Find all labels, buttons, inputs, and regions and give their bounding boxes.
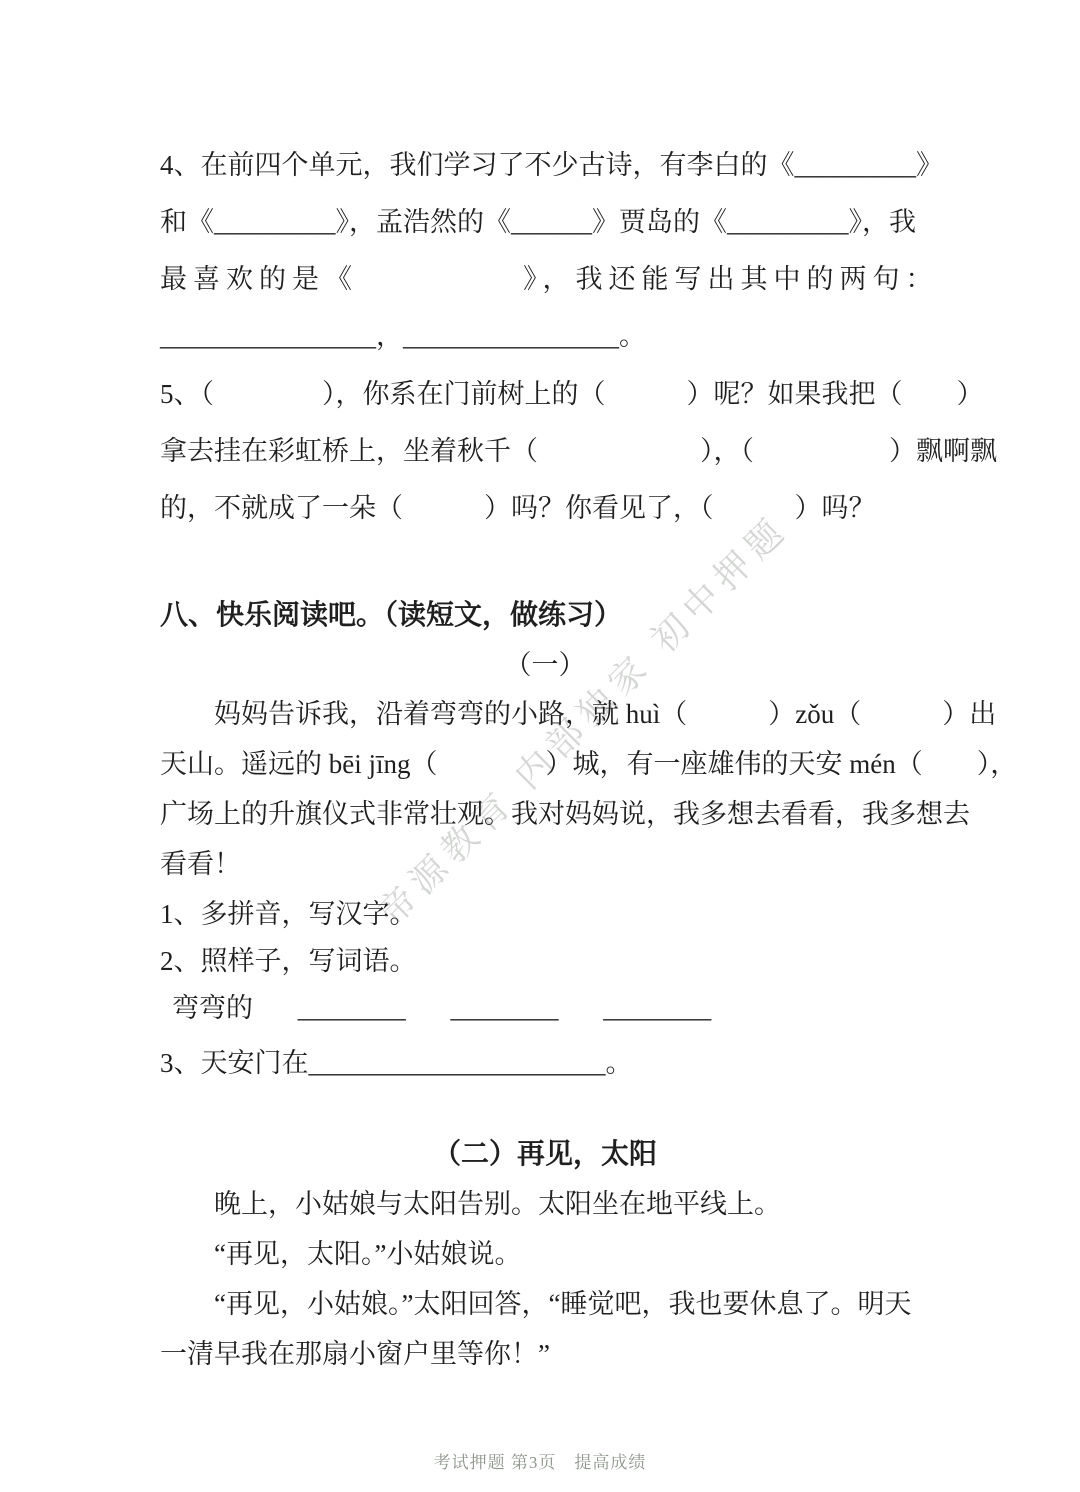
question-5-line-3: 的，不就成了一朵（ ）吗？你看见了，（ ）吗？ xyxy=(160,491,930,525)
question-5-line-1: 5、（ ），你系在门前树上的（ ）呢？如果我把（ ） xyxy=(160,377,930,411)
section-8-heading: 八、快乐阅读吧。（读短文，做练习） xyxy=(160,598,930,634)
passage-2-heading: （二）再见，太阳 xyxy=(160,1137,930,1173)
passage-2-line-2: “再见，太阳。”小姑娘说。 xyxy=(160,1237,930,1271)
question-4: 4、在前四个单元，我们学习了不少古诗，有李白的《_________》 和《___… xyxy=(160,148,930,353)
question-4-answer-blanks: ________________，________________。 xyxy=(160,319,930,353)
example-word: 弯弯的 xyxy=(172,993,253,1023)
question-5-line-2: 拿去挂在彩虹桥上，坐着秋千（ ），（ ）飘啊飘 xyxy=(160,434,930,468)
question-4-line-2: 和《_________》，孟浩然的《______》贾岛的《_________》，… xyxy=(160,205,930,239)
passage-1: （一） 妈妈告诉我，沿着弯弯的小路，就 huì（ ）zǒu（ ）出 天山。遥远的… xyxy=(160,647,930,1080)
passage-1-example-row: 弯弯的 ________ ________ ________ xyxy=(172,991,930,1025)
passage-2-line-1: 晚上，小姑娘与太阳告别。太阳坐在地平线上。 xyxy=(160,1187,930,1221)
passage-1-heading: （一） xyxy=(160,647,930,683)
passage-1-question-1: 1、多拼音，写汉字。 xyxy=(160,897,930,931)
passage-1-question-3: 3、天安门在______________________。 xyxy=(160,1046,930,1080)
page-footer: 考试押题 第3页 提高成绩 xyxy=(0,1448,1080,1473)
passage-1-line-1: 妈妈告诉我，沿着弯弯的小路，就 huì（ ）zǒu（ ）出 xyxy=(160,697,930,731)
passage-1-line-3: 广场上的升旗仪式非常壮观。我对妈妈说，我多想去看看，我多想去 xyxy=(160,797,930,831)
question-5: 5、（ ），你系在门前树上的（ ）呢？如果我把（ ） 拿去挂在彩虹桥上，坐着秋千… xyxy=(160,377,930,525)
example-blank-2: ________ xyxy=(451,993,559,1023)
question-4-line-3: 最喜欢的是《 》，我还能写出其中的两句： xyxy=(160,262,930,296)
worksheet-page: 4、在前四个单元，我们学习了不少古诗，有李白的《_________》 和《___… xyxy=(160,0,930,1387)
example-blank-1: ________ xyxy=(298,993,406,1023)
passage-2-line-4: 一清早我在那扇小窗户里等你！” xyxy=(160,1337,930,1371)
question-4-line-1: 4、在前四个单元，我们学习了不少古诗，有李白的《_________》 xyxy=(160,148,930,182)
passage-1-line-2: 天山。遥远的 bēi jīng（ ）城，有一座雄伟的天安 mén（ ）， xyxy=(160,747,930,781)
passage-1-question-2: 2、照样子，写词语。 xyxy=(160,944,930,978)
example-blank-3: ________ xyxy=(603,993,711,1023)
section-8-reading: 八、快乐阅读吧。（读短文，做练习） （一） 妈妈告诉我，沿着弯弯的小路，就 hu… xyxy=(160,598,930,1371)
passage-2-line-3: “再见，小姑娘。”太阳回答，“睡觉吧，我也要休息了。明天 xyxy=(160,1287,930,1321)
passage-2: （二）再见，太阳 晚上，小姑娘与太阳告别。太阳坐在地平线上。 “再见，太阳。”小… xyxy=(160,1137,930,1371)
passage-1-line-4: 看看！ xyxy=(160,847,930,881)
